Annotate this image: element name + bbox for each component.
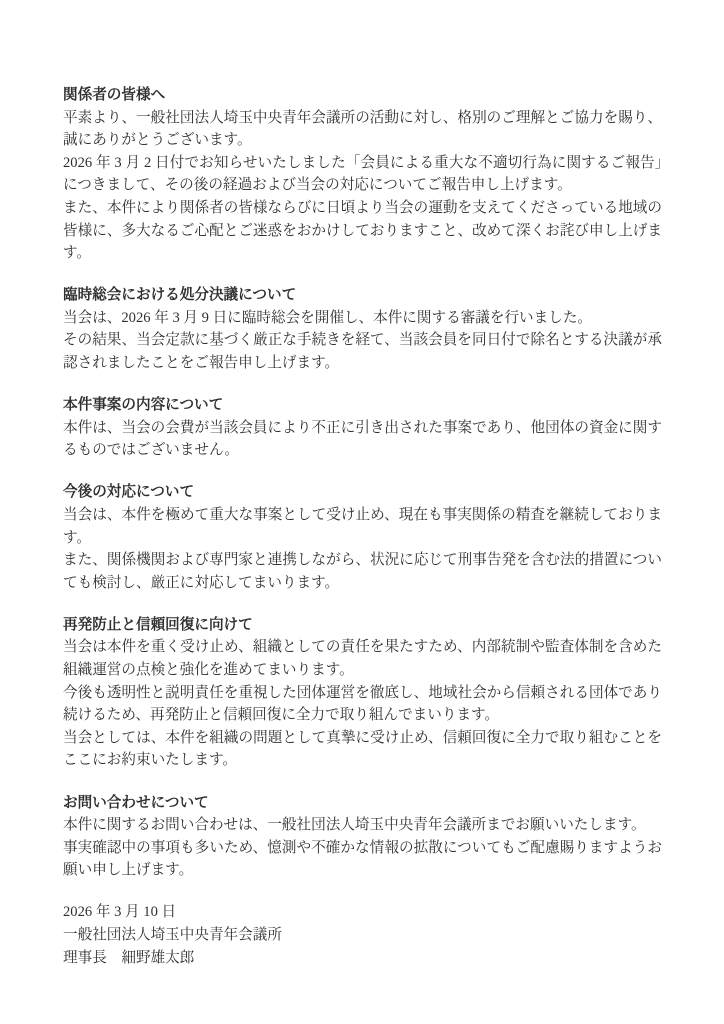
- section-contact: お問い合わせについて 本件に関するお問い合わせは、一般社団法人埼玉中央青年会議所…: [63, 792, 662, 882]
- date-line: 2026 年 3 月 10 日: [63, 901, 662, 924]
- paragraph: 平素より、一般社団法人埼玉中央青年会議所の活動に対し、格別のご理解とご協力を賜り…: [63, 107, 662, 152]
- section-prevention-trust: 再発防止と信頼回復に向けて 当会は本件を重く受け止め、組織としての責任を果たすた…: [63, 614, 662, 772]
- paragraph: また、関係機関および専門家と連携しながら、状況に応じて刑事告発を含む法的措置につ…: [63, 549, 662, 594]
- signature-block: 2026 年 3 月 10 日 一般社団法人埼玉中央青年会議所 理事長 細野雄太…: [63, 901, 662, 969]
- section-resolution: 臨時総会における処分決議について 当会は、2026 年 3 月 9 日に臨時総会…: [63, 284, 662, 374]
- section-greeting: 関係者の皆様へ 平素より、一般社団法人埼玉中央青年会議所の活動に対し、格別のご理…: [63, 84, 662, 265]
- section-future-response: 今後の対応について 当会は、本件を極めて重大な事案として受け止め、現在も事実関係…: [63, 481, 662, 594]
- section-heading: 臨時総会における処分決議について: [63, 284, 662, 307]
- paragraph: 当会は本件を重く受け止め、組織としての責任を果たすため、内部統制や監査体制を含め…: [63, 636, 662, 681]
- paragraph: 当会は、本件を極めて重大な事案として受け止め、現在も事実関係の精査を継続しており…: [63, 504, 662, 549]
- paragraph: 当会は、2026 年 3 月 9 日に臨時総会を開催し、本件に関する審議を行いま…: [63, 307, 662, 330]
- organization-line: 一般社団法人埼玉中央青年会議所: [63, 924, 662, 947]
- document-page: 関係者の皆様へ 平素より、一般社団法人埼玉中央青年会議所の活動に対し、格別のご理…: [0, 0, 724, 1024]
- paragraph: 事実確認中の事項も多いため、憶測や不確かな情報の拡散についてもご配慮賜りますよう…: [63, 837, 662, 882]
- paragraph: その結果、当会定款に基づく厳正な手続きを経て、当該会員を同日付で除名とする決議が…: [63, 329, 662, 374]
- paragraph: また、本件により関係者の皆様ならびに日頃より当会の運動を支えてくださっている地域…: [63, 197, 662, 265]
- signer-line: 理事長 細野雄太郎: [63, 947, 662, 970]
- section-heading: 関係者の皆様へ: [63, 84, 662, 107]
- paragraph: 本件に関するお問い合わせは、一般社団法人埼玉中央青年会議所までお願いいたします。: [63, 814, 662, 837]
- section-case-details: 本件事案の内容について 本件は、当会の会費が当該会員により不正に引き出された事案…: [63, 394, 662, 462]
- section-heading: 再発防止と信頼回復に向けて: [63, 614, 662, 637]
- paragraph: 今後も透明性と説明責任を重視した団体運営を徹底し、地域社会から信頼される団体であ…: [63, 682, 662, 727]
- section-heading: お問い合わせについて: [63, 792, 662, 815]
- paragraph: 当会としては、本件を組織の問題として真摯に受け止め、信頼回復に全力で取り組むこと…: [63, 727, 662, 772]
- section-heading: 本件事案の内容について: [63, 394, 662, 417]
- section-heading: 今後の対応について: [63, 481, 662, 504]
- paragraph: 本件は、当会の会費が当該会員により不正に引き出された事案であり、他団体の資金に関…: [63, 417, 662, 462]
- paragraph: 2026 年 3 月 2 日付でお知らせいたしました「会員による重大な不適切行為…: [63, 152, 662, 197]
